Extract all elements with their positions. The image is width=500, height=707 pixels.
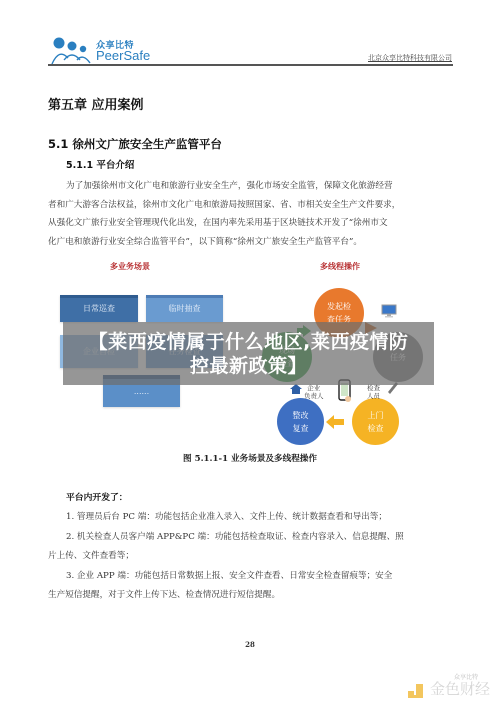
- circle-label: 整改: [293, 409, 309, 422]
- scenario-box-daily: 日常巡查: [60, 295, 138, 322]
- label-line: 负责人: [304, 392, 324, 400]
- dev-list-item: 1. 管理员后台 PC 端：功能包括企业准入录入、文件上传、统计数据查看和导出等…: [48, 508, 458, 528]
- banner-line-1: 【莱西疫情属于什么地区,莱西疫情防: [89, 330, 409, 354]
- company-name: 北京众享比特科技有限公司: [368, 53, 452, 63]
- monitor-icon: [381, 304, 397, 318]
- diagram-right-title: 多线程操作: [320, 261, 360, 272]
- circle-label: 上门: [368, 409, 384, 422]
- label-line: 企业: [304, 384, 324, 392]
- intro-line: 从强化文广旅行业安全管理现代化出发，在国内率先采用基于区块链技术开发了“徐州市文: [48, 214, 458, 233]
- dev-list: 1. 管理员后台 PC 端：功能包括企业准入录入、文件上传、统计数据查看和导出等…: [48, 508, 458, 606]
- circle-door-check: 上门 检查: [352, 398, 399, 445]
- label-line: 检查: [367, 384, 380, 392]
- intro-line: 者和广大游客合法权益，徐州市文化广电和旅游局按照国家、省、市相关安全生产文件要求…: [48, 196, 458, 215]
- circle-rectify-recheck: 整改 复查: [277, 398, 324, 445]
- dev-list-item: 3. 企业 APP 端：功能包括日常数据上报、安全文件查看、日常安全检查留痕等；…: [48, 567, 458, 587]
- header-divider: [48, 64, 453, 66]
- scenario-box-spot: 临时抽查: [146, 295, 223, 322]
- dev-list-item: 生产短信提醒，对于文件上传下达、检查情况进行短信提醒。: [48, 586, 458, 606]
- circle-label: 发起检: [327, 300, 351, 313]
- box-label: 日常巡查: [83, 303, 115, 314]
- house-icon: [290, 384, 302, 394]
- subsection-title: 5.1.1 平台介绍: [66, 157, 134, 171]
- circle-label: 检查: [368, 422, 384, 435]
- label-line: 人员: [367, 392, 380, 400]
- figure-caption: 图 5.1.1-1 业务场景及多线程操作: [0, 452, 500, 464]
- title-overlay-banner: 【莱西疫情属于什么地区,莱西疫情防 控最新政策】: [63, 322, 434, 385]
- jinse-logo-icon: [408, 683, 426, 699]
- dev-section-title: 平台内开发了：: [66, 490, 128, 503]
- section-title: 5.1 徐州文广旅安全生产监管平台: [48, 136, 222, 152]
- box-label: 临时抽查: [169, 303, 201, 314]
- dev-list-item: 片上传、文件查看等；: [48, 547, 458, 567]
- label-inspector: 检查 人员: [367, 384, 380, 400]
- chapter-title: 第五章 应用案例: [48, 94, 144, 113]
- watermark-text: 金色财经: [430, 678, 490, 699]
- banner-line-2: 控最新政策】: [190, 354, 307, 378]
- dev-list-item: 2. 机关检查人员客户端 APP&PC 端：功能包括检查取证、检查内容录入、信息…: [48, 528, 458, 548]
- logo-en-text: PeerSafe: [96, 48, 150, 63]
- watermark: 金色财经: [408, 678, 490, 699]
- arrow-left-icon: [326, 415, 344, 429]
- diagram-left-title: 多业务场景: [110, 261, 150, 272]
- box-label: ......: [134, 387, 149, 396]
- intro-paragraph: 为了加强徐州市文化广电和旅游行业安全生产，强化市场安全监管，保障文化旅游经营 者…: [48, 177, 458, 251]
- label-enterprise-owner: 企业 负责人: [304, 384, 324, 400]
- circle-label: 复查: [293, 422, 309, 435]
- page-number: 28: [0, 640, 500, 649]
- intro-line: 化广电和旅游行业安全综合监管平台”，以下简称“徐州文广旅安全生产监管平台”。: [48, 233, 458, 252]
- intro-line: 为了加强徐州市文化广电和旅游行业安全生产，强化市场安全监管，保障文化旅游经营: [48, 177, 458, 196]
